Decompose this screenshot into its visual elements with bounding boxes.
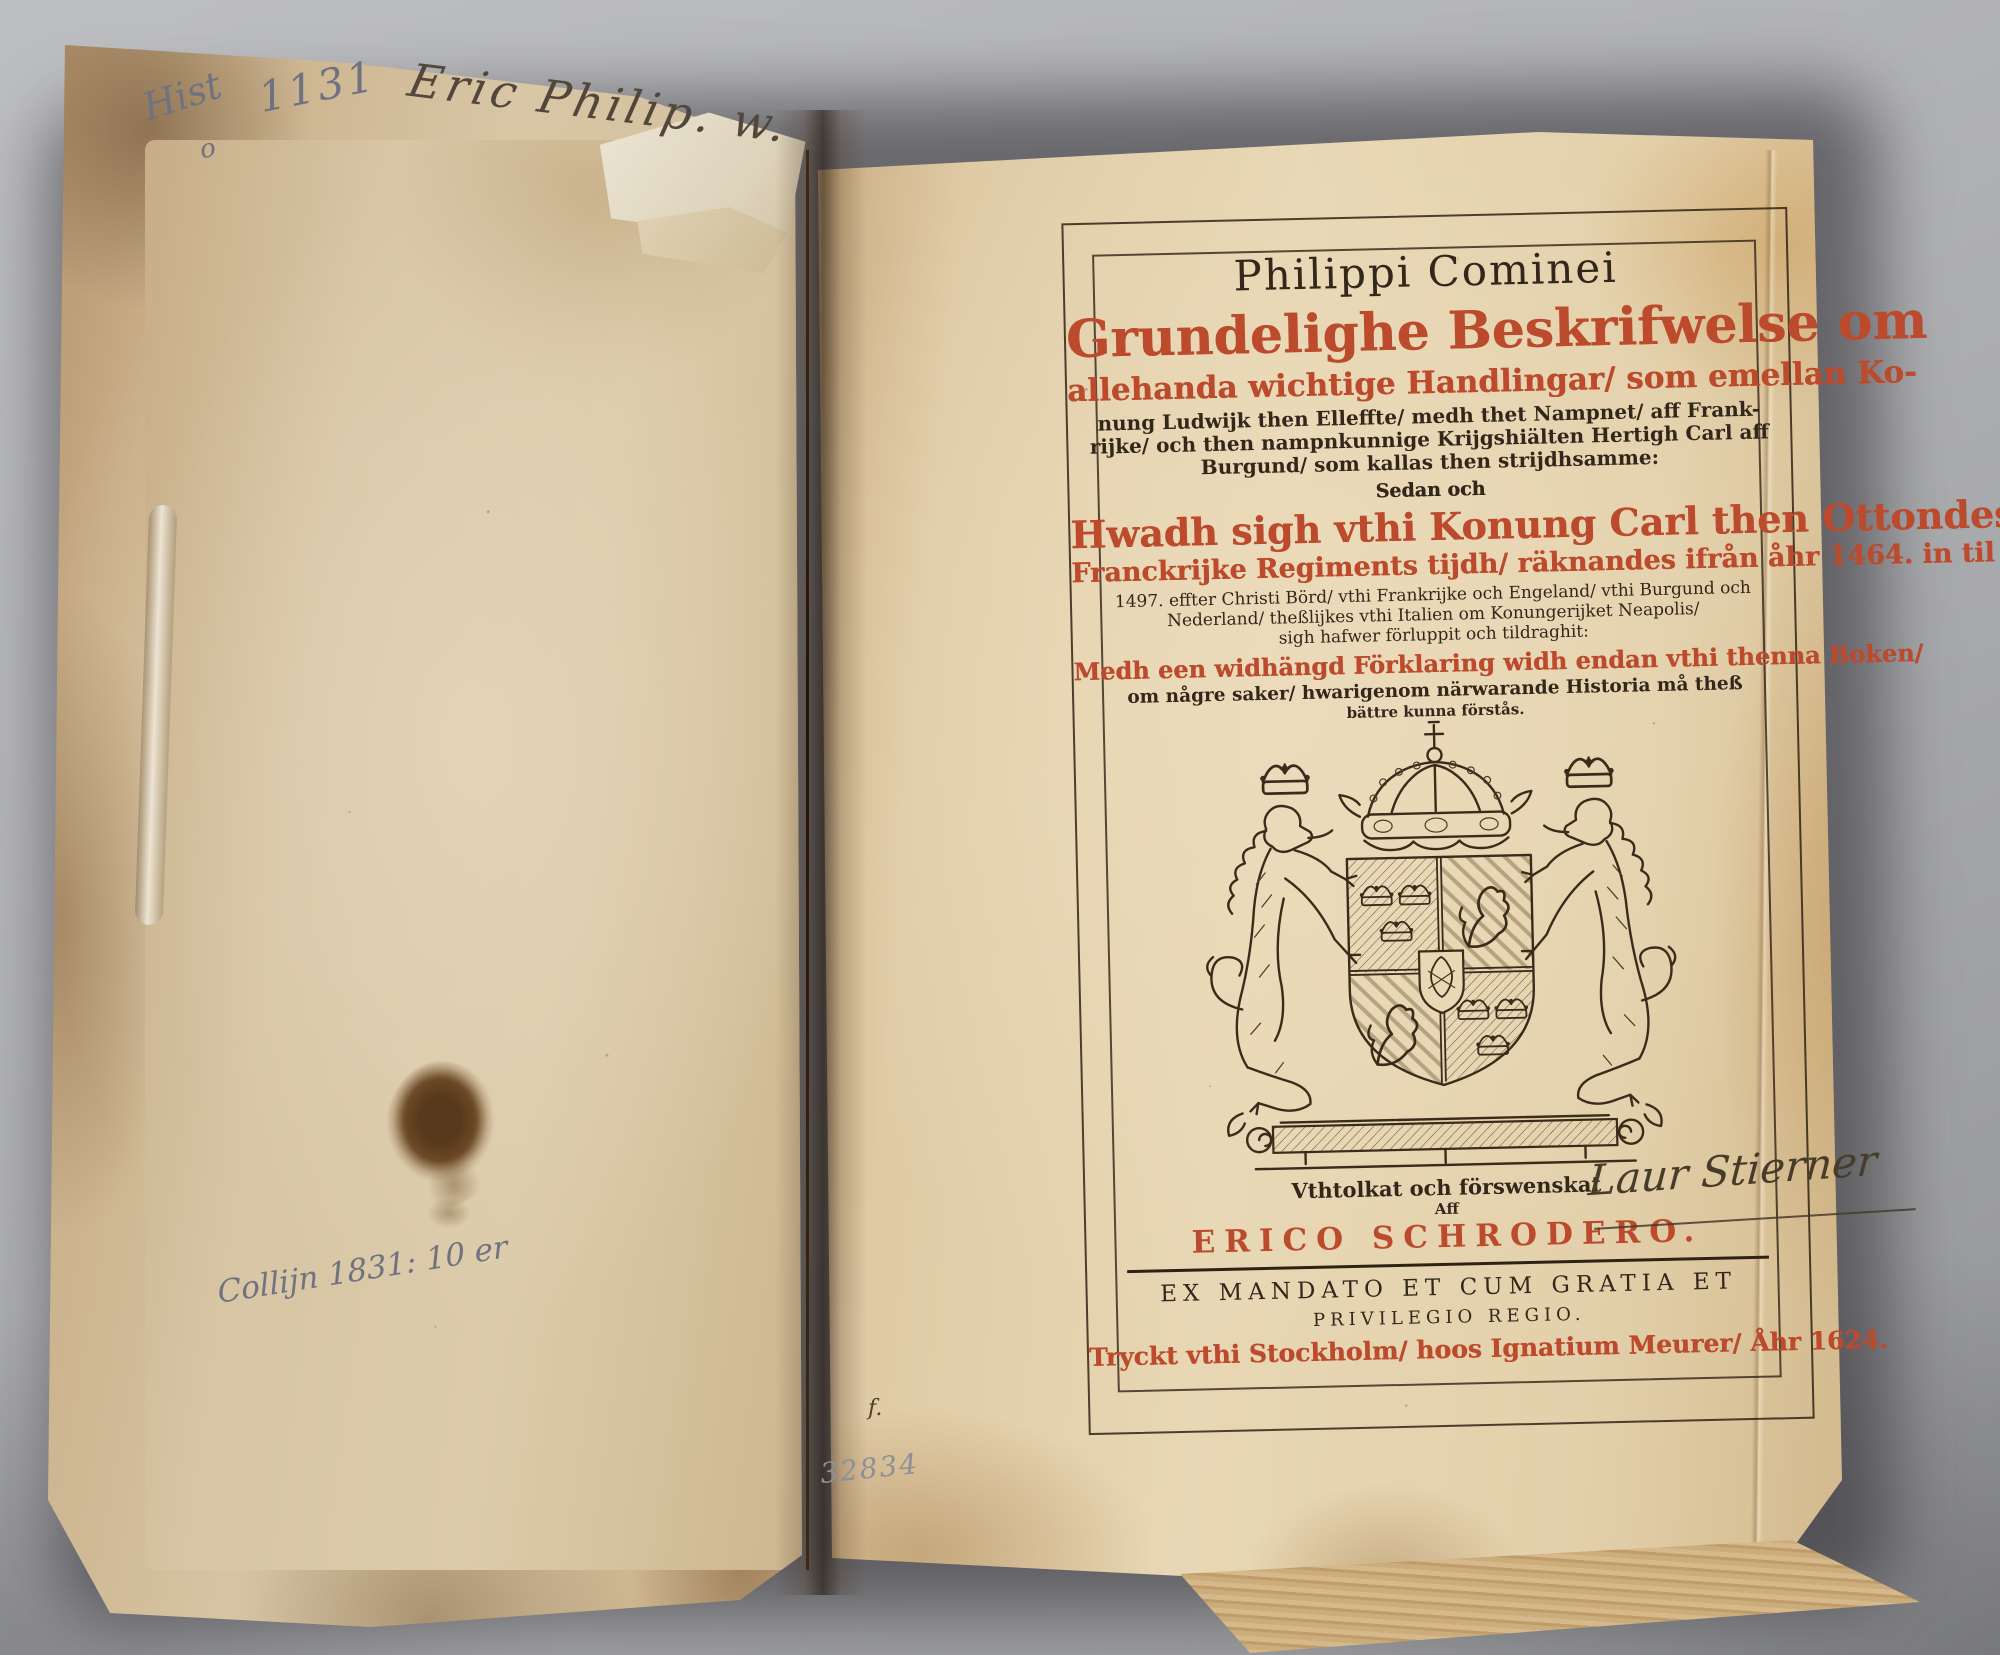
- left-pastedown-paper: [145, 140, 805, 1570]
- gutter-crack: [806, 150, 809, 1570]
- brown-stain: [385, 1062, 500, 1207]
- title-page-ruled-frame: Philippi Cominei Grundelighe Beskrifwels…: [1061, 207, 1814, 1435]
- stain-drip: [428, 1198, 470, 1228]
- royal-coat-of-arms-woodcut: [1176, 713, 1706, 1175]
- ink-gutter-mark: f.: [868, 1396, 882, 1421]
- gutter-shadow: [775, 110, 867, 1595]
- photograph-of-open-book: Philippi Cominei Grundelighe Beskrifwels…: [0, 0, 2000, 1655]
